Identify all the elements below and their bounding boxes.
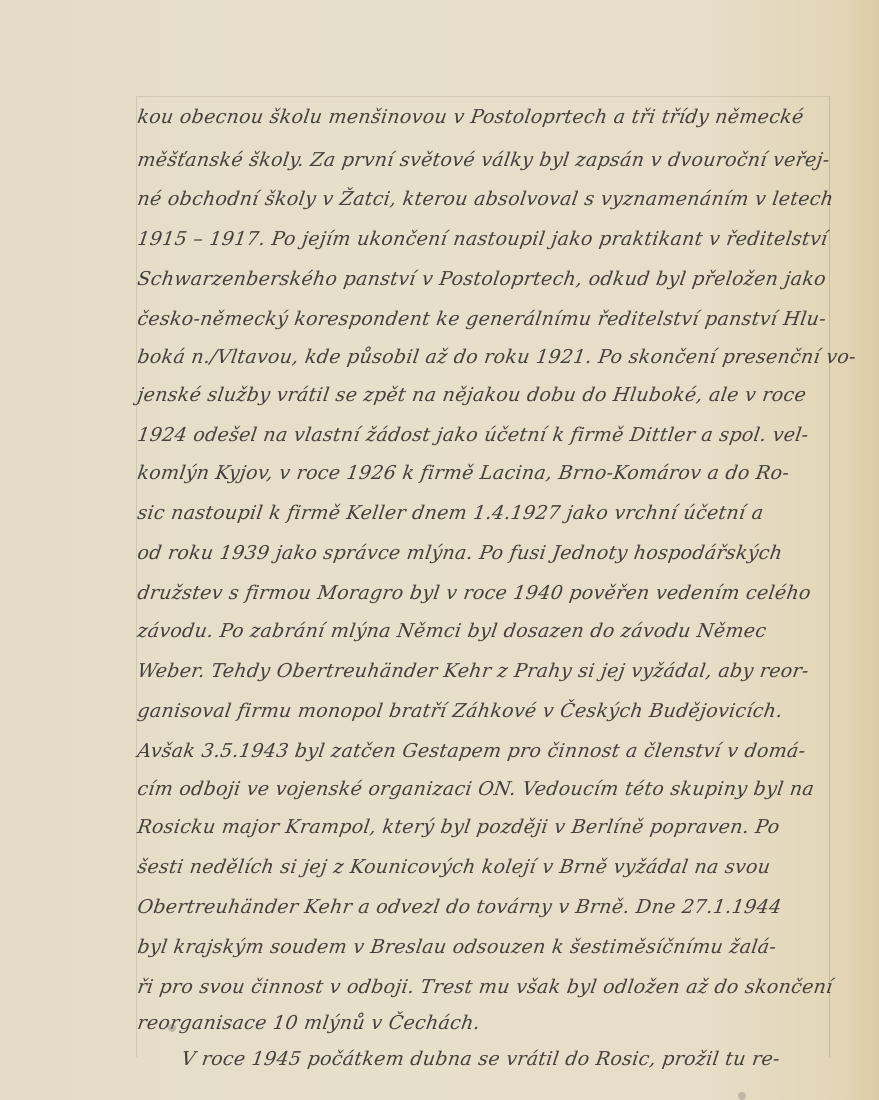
paper-stain-mark (168, 1024, 176, 1032)
text-line-4: 1915 – 1917. Po jejím ukončení nastoupil… (136, 228, 829, 250)
text-line-16: ganisoval firmu monopol bratří Záhkové v… (136, 700, 784, 722)
text-line-11: sic nastoupil k firmě Keller dnem 1.4.19… (136, 502, 765, 524)
text-line-17: Avšak 3.5.1943 byl zatčen Gestapem pro č… (136, 740, 807, 762)
text-line-1: kou obecnou školu menšinovou v Postolopr… (136, 106, 805, 128)
text-line-15: Weber. Tehdy Obertreuhänder Kehr z Prahy… (136, 660, 810, 682)
text-line-23: ři pro svou činnost v odboji. Trest mu v… (136, 976, 834, 998)
text-line-2: měšťanské školy. Za první světové války … (136, 149, 831, 171)
text-line-25: V roce 1945 počátkem dubna se vrátil do … (180, 1048, 781, 1070)
text-line-8: jenské služby vrátil se zpět na nějakou … (136, 384, 808, 406)
text-line-9: 1924 odešel na vlastní žádost jako účetn… (136, 424, 810, 446)
text-line-14: závodu. Po zabrání mlýna Němci byl dosaz… (136, 620, 768, 642)
text-line-7: boká n./Vltavou, kde působil až do roku … (136, 346, 857, 368)
paper-stain-mark (738, 1092, 746, 1100)
text-line-5: Schwarzenberského panství v Postoloprtec… (136, 268, 828, 290)
document-page: kou obecnou školu menšinovou v Postolopr… (0, 0, 879, 1100)
text-line-10: komlýn Kyjov, v roce 1926 k firmě Lacina… (136, 462, 791, 484)
text-line-22: byl krajským soudem v Breslau odsouzen k… (136, 936, 778, 958)
text-line-21: Obertreuhänder Kehr a odvezl do továrny … (136, 896, 783, 918)
text-line-13: družstev s firmou Moragro byl v roce 194… (136, 582, 812, 604)
text-line-19: Rosicku major Krampol, který byl později… (136, 816, 781, 838)
text-line-20: šesti nedělích si jej z Kounicových kole… (136, 856, 772, 878)
text-line-24: reorganisace 10 mlýnů v Čechách. (136, 1012, 482, 1034)
text-line-12: od roku 1939 jako správce mlýna. Po fusi… (136, 542, 784, 564)
text-line-6: česko-německý korespondent ke generálním… (136, 308, 828, 330)
text-line-18: cím odboji ve vojenské organizaci ON. Ve… (136, 778, 816, 800)
text-line-3: né obchodní školy v Žatci, kterou absolv… (136, 188, 835, 210)
